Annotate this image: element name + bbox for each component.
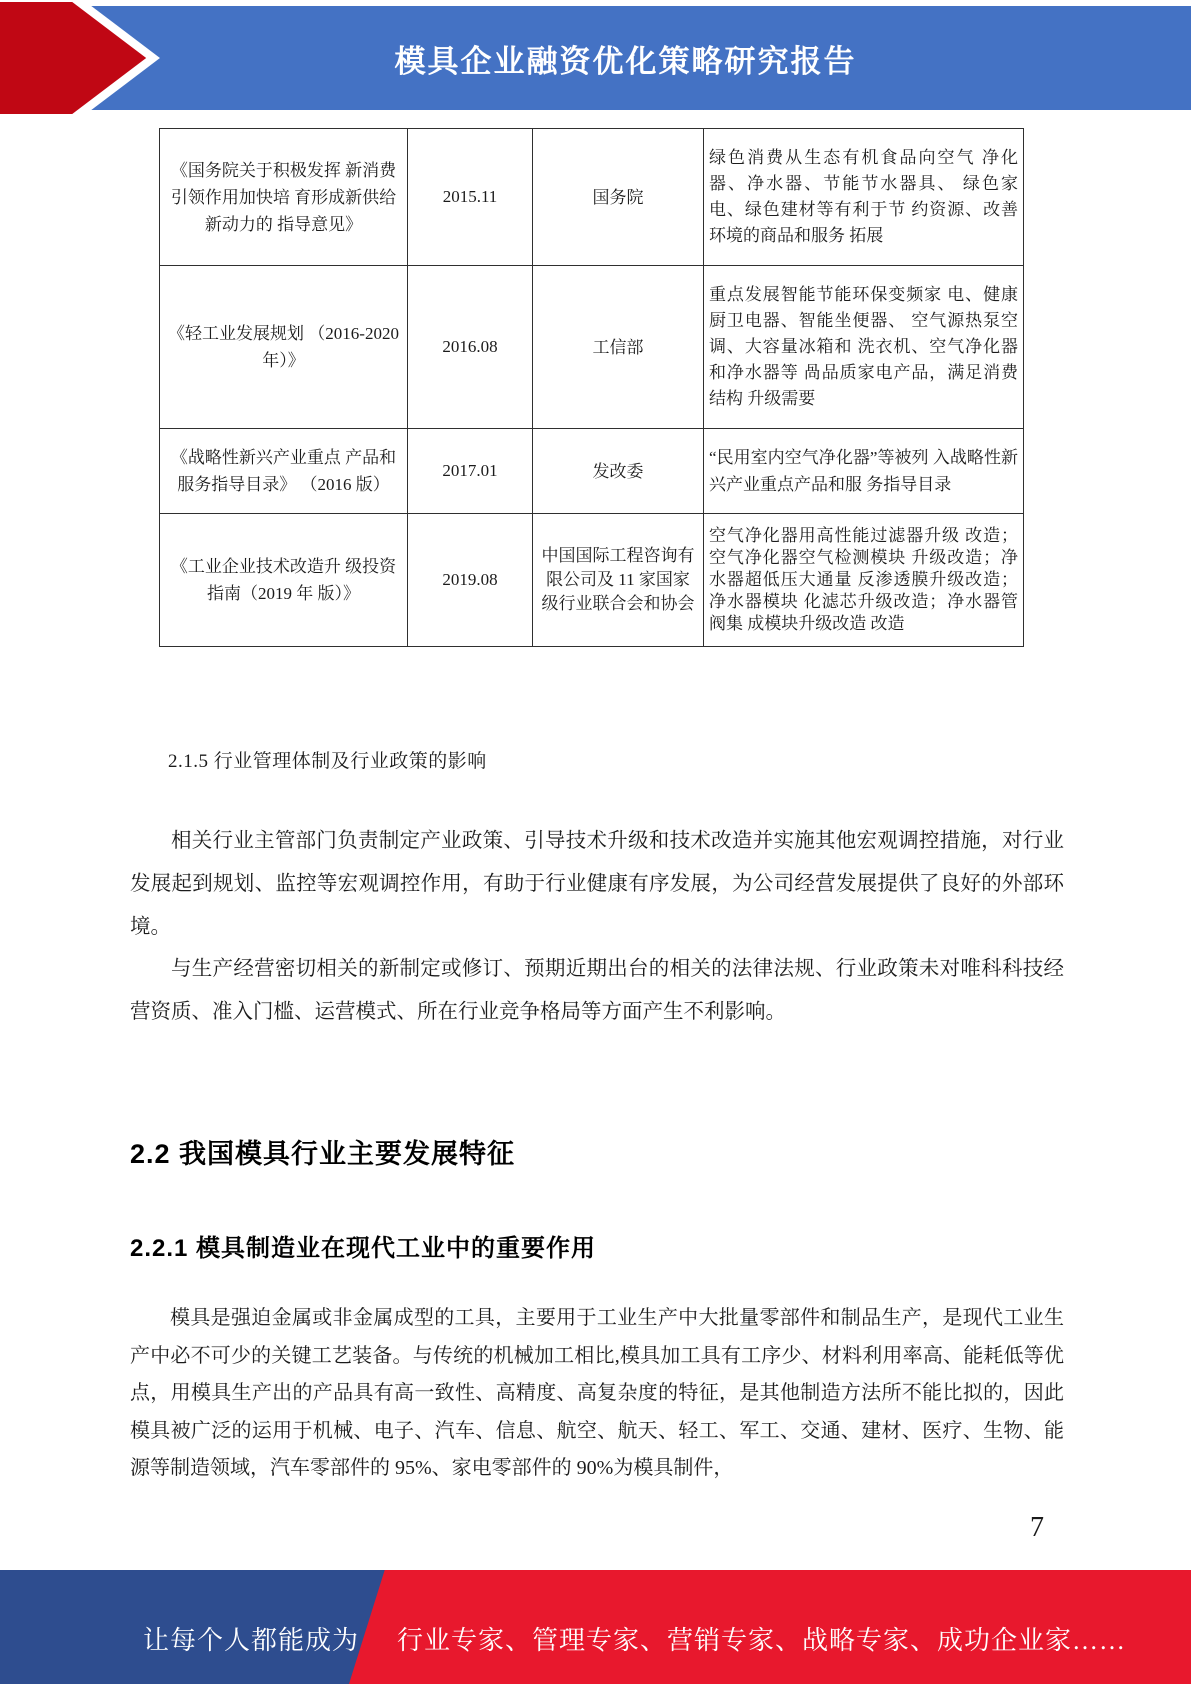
table-row: 《轻工业发展规划 （2016-2020 年）》 2016.08 工信部 重点发展…	[160, 266, 1024, 429]
paragraph: 模具是强迫金属或非金属成型的工具，主要用于工业生产中大批量零部件和制品生产，是现…	[130, 1300, 1064, 1488]
header-banner: 模具企业融资优化策略研究报告	[0, 6, 1191, 110]
date-cell: 2019.08	[408, 514, 533, 647]
date-cell: 2017.01	[408, 429, 533, 514]
section-heading-215: 2.1.5 行业管理体制及行业政策的影响	[168, 746, 487, 773]
table-row: 《战略性新兴产业重点 产品和服务指导目录》 （2016 版） 2017.01 发…	[160, 429, 1024, 514]
issuer-cell: 工信部	[533, 266, 704, 429]
description-cell: 绿色消费从生态有机食品向空气 净化器、净水器、节能节水器具、 绿色家电、绿色建材…	[704, 129, 1024, 266]
date-cell: 2015.11	[408, 129, 533, 266]
footer-slogan-left: 让每个人都能成为	[143, 1620, 359, 1657]
section-heading-221: 2.2.1 模具制造业在现代工业中的重要作用	[130, 1228, 596, 1263]
policy-name-cell: 《工业企业技术改造升 级投资指南（2019 年 版）》	[160, 514, 408, 647]
paragraph: 与生产经营密切相关的新制定或修订、预期近期出台的相关的法律法规、行业政策未对唯科…	[130, 948, 1064, 1034]
section-heading-22: 2.2 我国模具行业主要发展特征	[130, 1132, 515, 1171]
paragraph: 相关行业主管部门负责制定产业政策、引导技术升级和技术改造并实施其他宏观调控措施，…	[130, 820, 1064, 949]
policy-name-cell: 《轻工业发展规划 （2016-2020 年）》	[160, 266, 408, 429]
policy-table: 《国务院关于积极发挥 新消费引领作用加快培 育形成新供给新动力的 指导意见》 2…	[159, 128, 1024, 647]
description-cell: “民用室内空气净化器”等被列 入战略性新兴产业重点产品和服 务指导目录	[704, 429, 1024, 514]
footer-slogan-right: 行业专家、管理专家、营销专家、战略专家、成功企业家……	[397, 1620, 1126, 1657]
policy-name-cell: 《战略性新兴产业重点 产品和服务指导目录》 （2016 版）	[160, 429, 408, 514]
issuer-cell: 国务院	[533, 129, 704, 266]
table-row: 《工业企业技术改造升 级投资指南（2019 年 版）》 2019.08 中国国际…	[160, 514, 1024, 647]
date-cell: 2016.08	[408, 266, 533, 429]
issuer-cell: 中国国际工程咨询有限公司及 11 家国家级行业联合会和协会	[533, 514, 704, 647]
page-number: 7	[1030, 1512, 1044, 1544]
description-cell: 重点发展智能节能环保变频家 电、健康厨卫电器、智能坐便器、 空气源热泵空调、大容…	[704, 266, 1024, 429]
table-row: 《国务院关于积极发挥 新消费引领作用加快培 育形成新供给新动力的 指导意见》 2…	[160, 129, 1024, 266]
policy-name-cell: 《国务院关于积极发挥 新消费引领作用加快培 育形成新供给新动力的 指导意见》	[160, 129, 408, 266]
issuer-cell: 发改委	[533, 429, 704, 514]
report-page: 模具企业融资优化策略研究报告 《国务院关于积极发挥 新消费引领作用加快培 育形成…	[0, 0, 1191, 1684]
description-cell: 空气净化器用高性能过滤器升级 改造；空气净化器空气检测模块 升级改造；净水器超低…	[704, 514, 1024, 647]
report-title: 模具企业融资优化策略研究报告	[0, 6, 1191, 110]
